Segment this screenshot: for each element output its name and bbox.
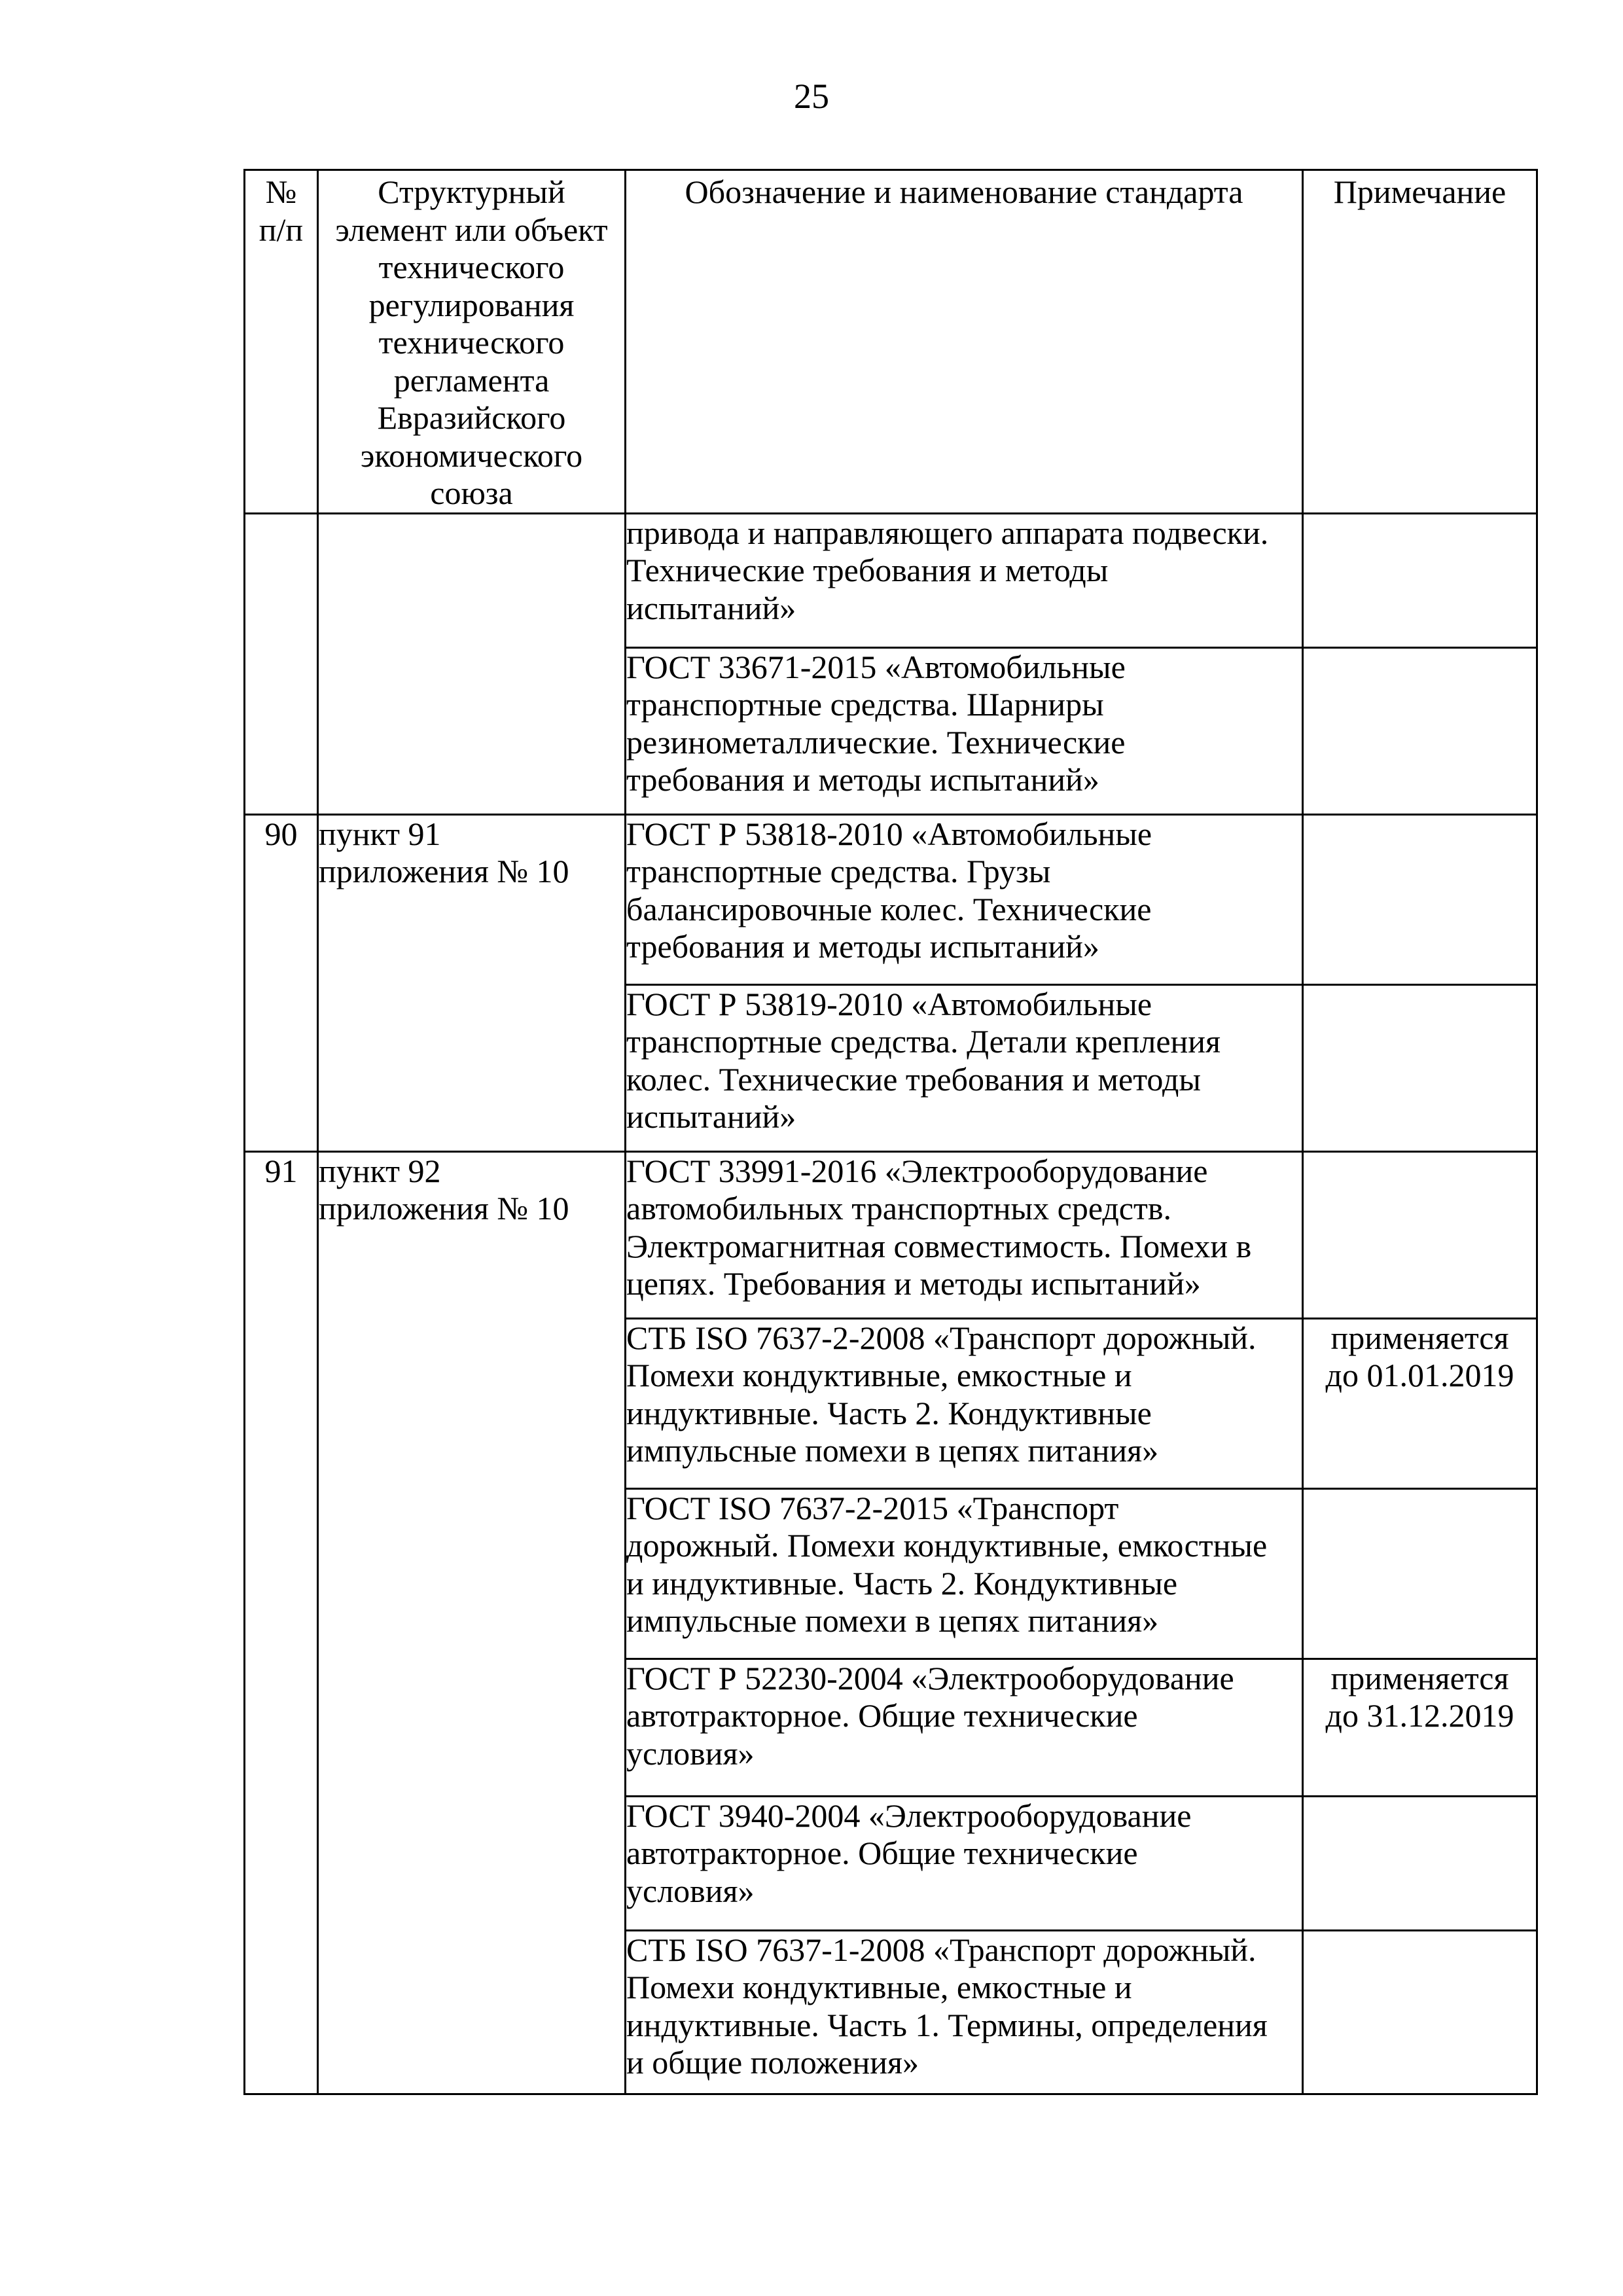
row-element: пункт 92 приложения № 10 [318,1151,626,2094]
standard-cell: ГОСТ ISO 7637-2-2015 «Транспорт дорожный… [626,1488,1303,1659]
standard-cell: ГОСТ Р 53818-2010 «Автомобильные транспо… [626,814,1303,984]
note-cell [1303,1796,1537,1930]
standard-cell: ГОСТ 33991-2016 «Электрооборудование авт… [626,1151,1303,1318]
row-number: 90 [245,814,318,1151]
row-element [318,513,626,814]
note-cell [1303,814,1537,984]
standards-table: № п/п Структурный элемент или объект тех… [243,169,1538,2095]
standard-cell: СТБ ISO 7637-2-2008 «Транспорт дорожный.… [626,1318,1303,1488]
page-number: 25 [0,73,1623,119]
standard-cell: привода и направляющего аппарата подвеск… [626,513,1303,647]
note-cell [1303,1488,1537,1659]
standard-cell: ГОСТ 33671-2015 «Автомобильные транспорт… [626,647,1303,814]
note-cell [1303,647,1537,814]
note-cell: применяется до 31.12.2019 [1303,1659,1537,1796]
header-standard: Обозначение и наименование стандарта [626,170,1303,514]
note-cell [1303,984,1537,1151]
table-row: 91 пункт 92 приложения № 10 ГОСТ 33991-2… [245,1151,1537,1318]
standard-cell: ГОСТ Р 52230-2004 «Электрооборудование а… [626,1659,1303,1796]
table-row: 90 пункт 91 приложения № 10 ГОСТ Р 53818… [245,814,1537,984]
row-element: пункт 91 приложения № 10 [318,814,626,1151]
standard-cell: ГОСТ 3940-2004 «Электрооборудование авто… [626,1796,1303,1930]
table-header-row: № п/п Структурный элемент или объект тех… [245,170,1537,514]
row-number: 91 [245,1151,318,2094]
table-row: привода и направляющего аппарата подвеск… [245,513,1537,647]
note-cell [1303,513,1537,647]
note-cell: применяется до 01.01.2019 [1303,1318,1537,1488]
header-number: № п/п [245,170,318,514]
standard-cell: ГОСТ Р 53819-2010 «Автомобильные транспо… [626,984,1303,1151]
header-note: Примечание [1303,170,1537,514]
header-structural-element: Структурный элемент или объект техническ… [318,170,626,514]
note-cell [1303,1930,1537,2094]
note-cell [1303,1151,1537,1318]
standard-cell: СТБ ISO 7637-1-2008 «Транспорт дорожный.… [626,1930,1303,2094]
row-number [245,513,318,814]
